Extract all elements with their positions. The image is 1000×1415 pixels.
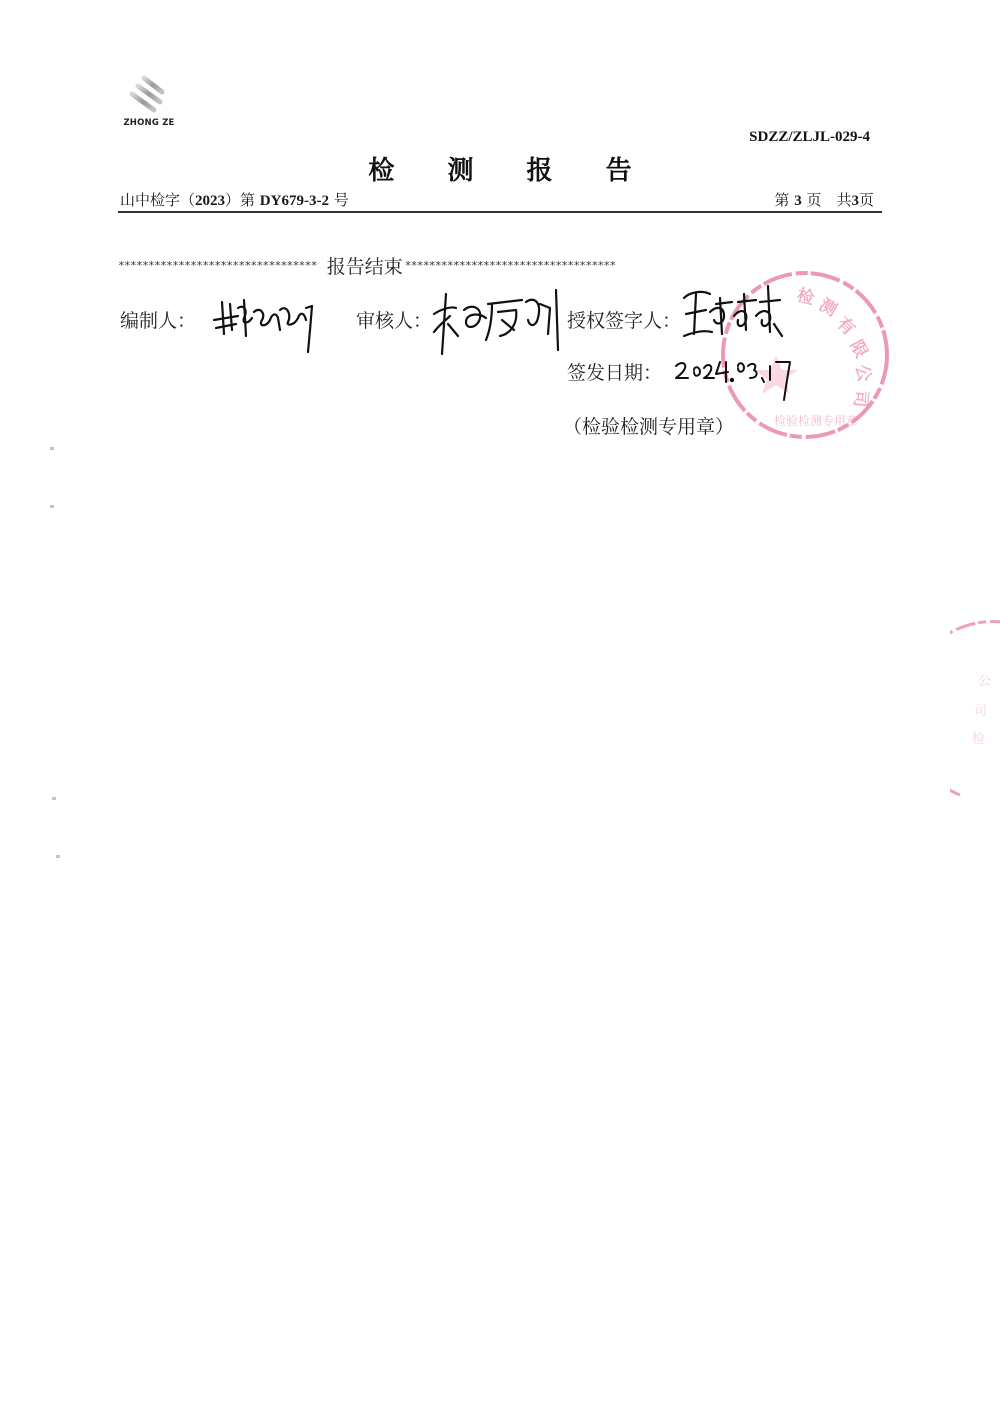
report-number: 山中检字（2023）第 DY679-3-2 号	[120, 189, 349, 210]
logo-text: ZHONG ZE	[118, 118, 180, 128]
svg-text:公: 公	[978, 674, 991, 689]
compiler-label: 编制人：	[120, 306, 196, 333]
page-indicator: 第 3 页 共3页	[774, 189, 874, 210]
zhongze-logo-icon	[124, 74, 174, 116]
svg-text:限: 限	[846, 337, 872, 361]
scan-artifact	[50, 505, 54, 508]
svg-text:有: 有	[832, 313, 859, 340]
star-divider-right: ***********************************	[405, 259, 616, 272]
report-number-code: DY679-3-2	[260, 193, 329, 209]
report-header-row: 山中检字（2023）第 DY679-3-2 号 第 3 页 共3页	[118, 187, 882, 213]
seal-note: （检验检测专用章）	[563, 412, 734, 439]
svg-text:测: 测	[816, 295, 841, 321]
document-code: SDZZ/ZLJL-029-4	[749, 129, 870, 146]
page-current: 3	[794, 193, 802, 209]
company-logo: ZHONG ZE	[118, 74, 182, 134]
seam-seal-stamp: 公 司 检	[950, 615, 1000, 805]
scan-artifact	[50, 447, 54, 450]
reviewer-label: 审核人：	[356, 306, 432, 333]
scan-artifact	[56, 855, 60, 858]
authorizer-signature	[684, 286, 782, 336]
compiler-signature	[208, 290, 323, 356]
star-divider-left: *********************************	[118, 259, 317, 272]
page-prefix: 第	[774, 191, 794, 209]
issue-date-label: 签发日期：	[567, 358, 662, 385]
report-number-prefix: 山中检字（	[120, 191, 195, 209]
report-number-suffix: 号	[329, 191, 349, 209]
report-number-mid: ）第	[225, 191, 260, 209]
issue-date-handwritten	[676, 362, 790, 400]
reviewer-signature	[434, 290, 558, 354]
report-title: 检 测 报 告	[0, 150, 1000, 187]
svg-text:司: 司	[974, 704, 987, 719]
page-total: 3	[851, 193, 859, 209]
svg-text:司: 司	[850, 390, 871, 409]
report-year: 2023	[195, 193, 225, 209]
page-suffix: 页	[859, 191, 874, 209]
report-end-text: 报告结束	[327, 252, 403, 279]
svg-text:公: 公	[851, 363, 874, 384]
scan-artifact	[52, 797, 56, 800]
page-mid: 页 共	[802, 191, 852, 209]
svg-text:检: 检	[972, 731, 985, 747]
svg-text:检验检测专用章: 检验检测专用章	[774, 413, 858, 428]
authorizer-label: 授权签字人：	[567, 306, 681, 333]
